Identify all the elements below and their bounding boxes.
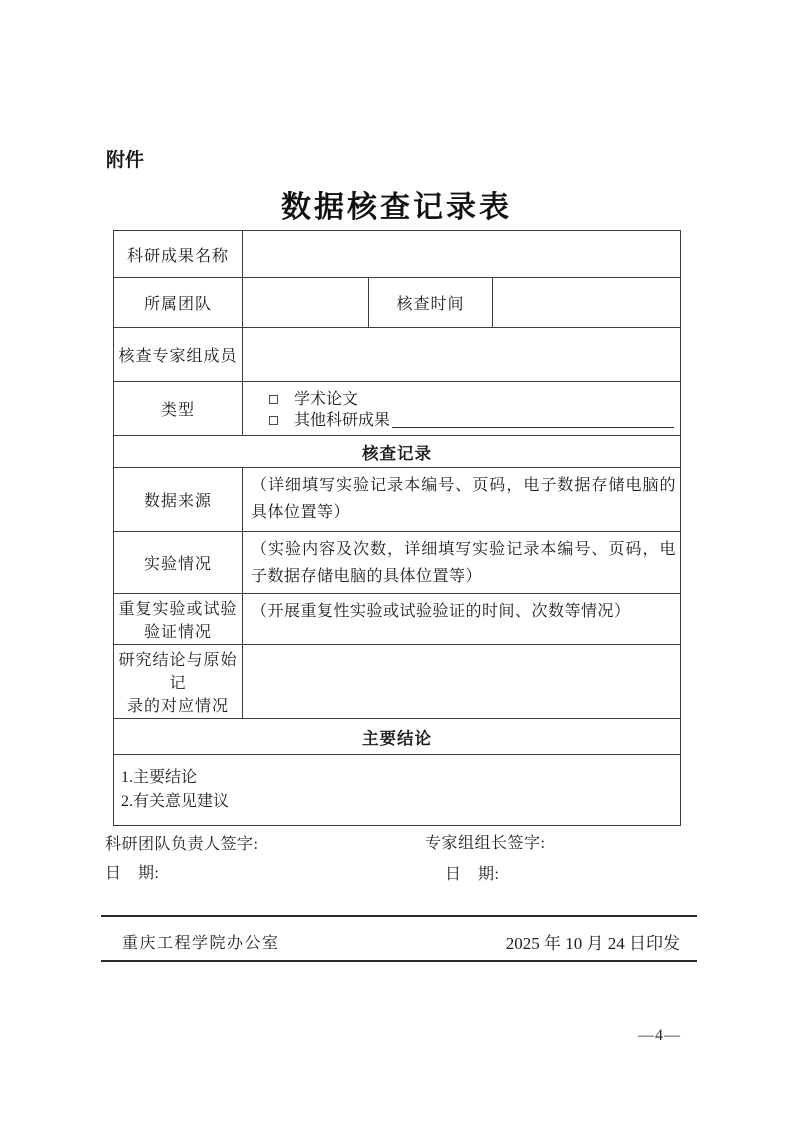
section-header-main-conclusion: 主要结论 bbox=[114, 719, 681, 755]
experiment-field[interactable]: （实验内容及次数，详细填写实验记录本编号、页码，电子数据存储电脑的具体位置等） bbox=[243, 532, 681, 594]
data-source-label: 数据来源 bbox=[114, 468, 243, 532]
table-row: 实验情况 （实验内容及次数，详细填写实验记录本编号、页码，电子数据存储电脑的具体… bbox=[114, 532, 681, 594]
achievement-name-label: 科研成果名称 bbox=[114, 231, 243, 278]
table-row: 主要结论 bbox=[114, 719, 681, 755]
team-label: 所属团队 bbox=[114, 278, 243, 328]
type-option-other-achievement: 其他科研成果 bbox=[269, 410, 676, 431]
type-option-label: 学术论文 bbox=[294, 389, 358, 410]
table-row: 核查记录 bbox=[114, 436, 681, 468]
expert-group-label: 核查专家组成员 bbox=[114, 328, 243, 382]
page-title: 数据核查记录表 bbox=[113, 182, 680, 226]
expert-group-field[interactable] bbox=[243, 328, 681, 382]
table-row: 科研成果名称 bbox=[114, 231, 681, 278]
type-option-label: 其他科研成果 bbox=[294, 410, 390, 431]
table-row: 数据来源 （详细填写实验记录本编号、页码，电子数据存储电脑的具体位置等） bbox=[114, 468, 681, 532]
team-field[interactable] bbox=[243, 278, 369, 328]
checkbox-academic-paper-icon[interactable] bbox=[269, 395, 278, 404]
type-option-academic-paper: 学术论文 bbox=[269, 389, 676, 410]
experiment-label: 实验情况 bbox=[114, 532, 243, 594]
team-leader-date-label: 日 期: bbox=[105, 860, 159, 883]
issue-date: 2025 年 10 月 24 日印发 bbox=[380, 929, 680, 954]
repeat-verification-field[interactable]: （开展重复性实验或试验验证的时间、次数等情况） bbox=[243, 594, 681, 645]
check-time-label: 核查时间 bbox=[369, 278, 493, 328]
conclusion-field[interactable]: 1.主要结论 2.有关意见建议 bbox=[114, 755, 681, 826]
table-row: 研究结论与原始记 录的对应情况 bbox=[114, 645, 681, 719]
table-row: 1.主要结论 2.有关意见建议 bbox=[114, 755, 681, 826]
attachment-label: 附件 bbox=[106, 145, 144, 172]
page-number: —4— bbox=[638, 1027, 681, 1045]
correspondence-label: 研究结论与原始记 录的对应情况 bbox=[114, 645, 243, 719]
correspondence-field[interactable] bbox=[243, 645, 681, 719]
footer-bottom-rule bbox=[101, 960, 697, 962]
data-source-field[interactable]: （详细填写实验记录本编号、页码，电子数据存储电脑的具体位置等） bbox=[243, 468, 681, 532]
table-row: 类型 学术论文 其他科研成果 bbox=[114, 382, 681, 436]
other-achievement-fill-line[interactable] bbox=[392, 413, 674, 428]
table-row: 核查专家组成员 bbox=[114, 328, 681, 382]
achievement-name-field[interactable] bbox=[243, 231, 681, 278]
table-row: 所属团队 核查时间 bbox=[114, 278, 681, 328]
type-options-cell: 学术论文 其他科研成果 bbox=[243, 382, 681, 436]
section-header-check-record: 核查记录 bbox=[114, 436, 681, 468]
type-label: 类型 bbox=[114, 382, 243, 436]
check-time-field[interactable] bbox=[493, 278, 681, 328]
team-leader-signature-label: 科研团队负责人签字: bbox=[105, 831, 258, 854]
expert-leader-signature-label: 专家组组长签字: bbox=[425, 830, 545, 853]
footer-top-rule bbox=[101, 915, 697, 917]
checkbox-other-achievement-icon[interactable] bbox=[269, 416, 278, 425]
repeat-verification-label: 重复实验或试验 验证情况 bbox=[114, 594, 243, 645]
table-row: 重复实验或试验 验证情况 （开展重复性实验或试验验证的时间、次数等情况） bbox=[114, 594, 681, 645]
data-verification-table: 科研成果名称 所属团队 核查时间 核查专家组成员 类型 学术论文 其他科研成果 bbox=[113, 230, 681, 826]
issuing-office: 重庆工程学院办公室 bbox=[122, 930, 280, 953]
expert-leader-date-label: 日 期: bbox=[445, 861, 499, 884]
